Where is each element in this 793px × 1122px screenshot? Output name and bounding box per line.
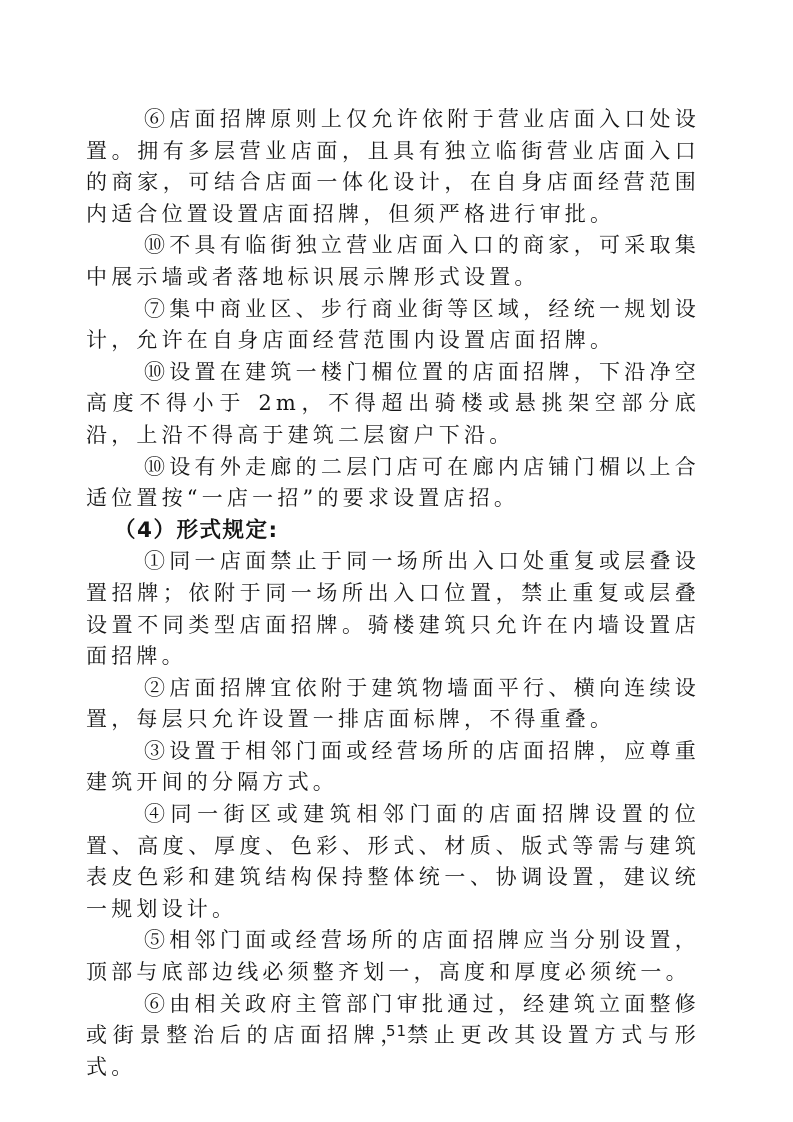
clause-paragraph: ⑩不具有临街独立营业店面入口的商家，可采取集中展示墙或者落地标识展示牌形式设置。 [86, 230, 700, 293]
clause-paragraph: ⑩设有外走廊的二层门店可在廊内店铺门楣以上合适位置按“一店一招”的要求设置店招。 [86, 452, 700, 515]
clause-paragraph: ⑤相邻门面或经营场所的店面招牌应当分别设置，顶部与底部边线必须整齐划一，高度和厚… [86, 925, 700, 988]
clause-paragraph: ⑩设置在建筑一楼门楣位置的店面招牌，下沿净空高度不得小于 2m，不得超出骑楼或悬… [86, 357, 700, 452]
section-heading: （4）形式规定: [86, 515, 700, 547]
clause-paragraph: ④同一街区或建筑相邻门面的店面招牌设置的位置、高度、厚度、色彩、形式、材质、版式… [86, 799, 700, 925]
document-body: ⑥店面招牌原则上仅允许依附于营业店面入口处设置。拥有多层营业店面，且具有独立临街… [86, 104, 700, 1083]
clause-paragraph: ⑥店面招牌原则上仅允许依附于营业店面入口处设置。拥有多层营业店面，且具有独立临街… [86, 104, 700, 230]
clause-paragraph: ①同一店面禁止于同一场所出入口处重复或层叠设置招牌；依附于同一场所出入口位置，禁… [86, 546, 700, 672]
page-number: 51 [0, 1022, 793, 1040]
clause-paragraph: ⑦集中商业区、步行商业街等区域，经统一规划设计，允许在自身店面经营范围内设置店面… [86, 294, 700, 357]
clause-paragraph: ③设置于相邻门面或经营场所的店面招牌，应尊重建筑开间的分隔方式。 [86, 736, 700, 799]
clause-paragraph: ②店面招牌宜依附于建筑物墙面平行、横向连续设置，每层只允许设置一排店面标牌，不得… [86, 673, 700, 736]
document-page: ⑥店面招牌原则上仅允许依附于营业店面入口处设置。拥有多层营业店面，且具有独立临街… [0, 0, 793, 1122]
